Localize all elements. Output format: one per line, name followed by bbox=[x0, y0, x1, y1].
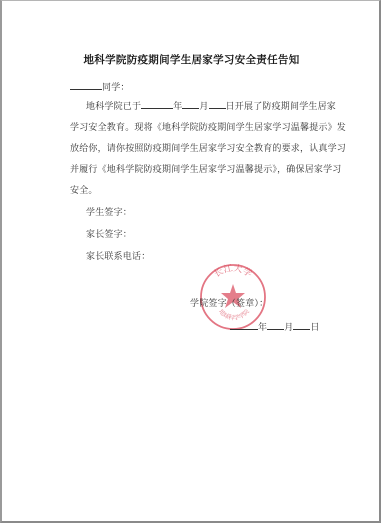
parent-phone-label: 家长联系电话： bbox=[86, 249, 150, 262]
body-line-4: 并履行《地科学院防疫期间学生居家学习温馨提示》，确保居家学习 bbox=[70, 162, 342, 175]
year-blank bbox=[141, 99, 173, 109]
sign-year-blank bbox=[230, 320, 258, 330]
student-signature-label: 学生签字： bbox=[86, 205, 132, 218]
year-label: 年 bbox=[173, 102, 182, 112]
signature-date-line: 年月日 bbox=[230, 320, 320, 333]
college-signature-label: 学院签字（签章）： bbox=[190, 296, 268, 309]
student-name-blank bbox=[70, 80, 102, 90]
document-page bbox=[0, 0, 381, 523]
sign-year-label: 年 bbox=[258, 323, 267, 333]
sign-month-label: 月 bbox=[284, 323, 293, 333]
month-blank bbox=[182, 99, 199, 109]
body-line-3: 放给你，请你按照防疫期间学生居家学习安全教育的要求，认真学习 bbox=[70, 141, 346, 154]
parent-signature-label: 家长签字： bbox=[86, 227, 132, 240]
month-label: 月 bbox=[199, 102, 208, 112]
salutation-text: 同学： bbox=[102, 83, 130, 93]
body-line-1: 地科学院已于年月日开展了防疫期间学生居家 bbox=[86, 99, 336, 112]
day-blank bbox=[209, 99, 226, 109]
salutation-line: 同学： bbox=[70, 80, 130, 93]
body-text: 地科学院已于 bbox=[86, 102, 141, 112]
body-line-2: 学习安全教育。现将《地科学院防疫期间学生居家学习温馨提示》发 bbox=[70, 120, 346, 133]
body-text: 日开展了防疫期间学生居家 bbox=[226, 102, 336, 112]
sign-day-label: 日 bbox=[310, 323, 319, 333]
document-title: 地科学院防疫期间学生居家学习安全责任告知 bbox=[0, 52, 383, 67]
body-line-5: 安全。 bbox=[70, 183, 98, 196]
sign-month-blank bbox=[267, 320, 284, 330]
sign-day-blank bbox=[293, 320, 310, 330]
